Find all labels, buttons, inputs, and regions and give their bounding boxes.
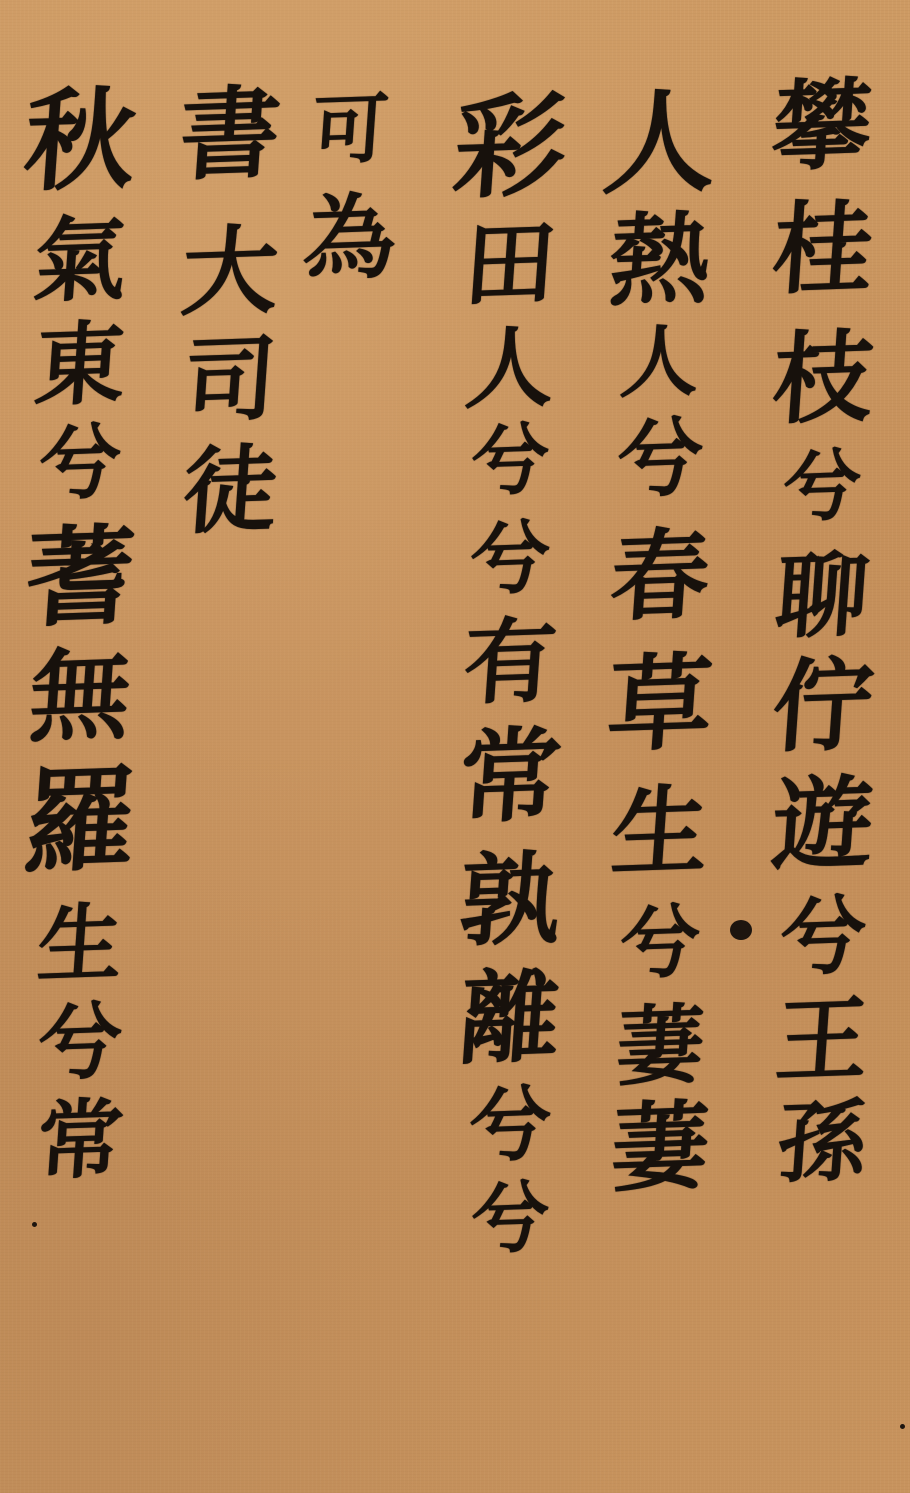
character: 桂	[769, 196, 876, 299]
ink-speck	[900, 1424, 905, 1429]
character: 無	[26, 644, 133, 747]
character: 兮	[781, 447, 865, 528]
character: 孰	[456, 848, 563, 951]
character: 常	[34, 1097, 126, 1186]
character: 聊	[773, 548, 872, 643]
character: 有	[461, 614, 560, 709]
character: 攀	[770, 76, 875, 177]
character: 兮	[468, 1179, 552, 1260]
character: 蓍	[22, 522, 138, 634]
character: 孫	[775, 1096, 869, 1187]
character: 兮	[776, 893, 868, 982]
character: 田	[461, 216, 560, 311]
character: 兮	[35, 999, 125, 1086]
character: 佇	[769, 654, 876, 757]
calligraphy-column-5: 書 大 司 徒	[170, 84, 290, 538]
character: 人	[618, 323, 702, 404]
character: 羅	[20, 764, 140, 880]
character: 兮	[36, 421, 124, 506]
character: 彩	[450, 90, 570, 206]
character: 人	[600, 86, 720, 202]
character: 東	[32, 318, 129, 411]
calligraphy-column-6: 秋 氣 東 兮 蓍 無 羅 生 兮 常	[15, 86, 145, 1184]
calligraphy-paper: 攀 桂 枝 兮 聊 佇 遊 兮 王 孫 人 熱 人 兮 春 草 生 兮 萋 萋 …	[0, 0, 910, 1493]
character: 萋	[614, 1003, 706, 1092]
character: 兮	[467, 517, 553, 600]
character: 萋	[608, 1098, 711, 1197]
character: 大	[178, 222, 281, 321]
character: 兮	[614, 415, 706, 504]
character: 為	[301, 190, 400, 285]
character: 常	[455, 724, 564, 829]
character: 兮	[466, 1083, 554, 1168]
character: 兮	[468, 421, 552, 502]
character: 枝	[769, 326, 876, 429]
character: 書	[176, 82, 283, 185]
character: 氣	[31, 212, 130, 307]
calligraphy-column-4: 可 為	[300, 92, 400, 284]
calligraphy-column-1: 攀 桂 枝 兮 聊 佇 遊 兮 王 孫	[755, 78, 890, 1192]
character: 春	[607, 526, 712, 627]
ink-speck	[32, 1222, 37, 1227]
character: 兮	[617, 901, 703, 984]
character: 人	[463, 322, 557, 413]
character: 可	[309, 91, 391, 170]
ink-spot	[730, 920, 752, 940]
character: 王	[773, 992, 872, 1087]
calligraphy-column-3: 彩 田 人 兮 兮 有 常 孰 離 兮 兮	[440, 92, 580, 1258]
character: 遊	[769, 772, 876, 875]
character: 秋	[21, 84, 139, 198]
character: 離	[456, 966, 563, 1069]
character: 草	[604, 650, 716, 758]
character: 熱	[606, 208, 713, 311]
calligraphy-column-2: 人 熱 人 兮 春 草 生 兮 萋 萋	[590, 88, 730, 1196]
character: 生	[35, 901, 125, 988]
character: 生	[608, 782, 711, 881]
character: 徒	[180, 442, 281, 539]
character: 司	[181, 332, 280, 427]
